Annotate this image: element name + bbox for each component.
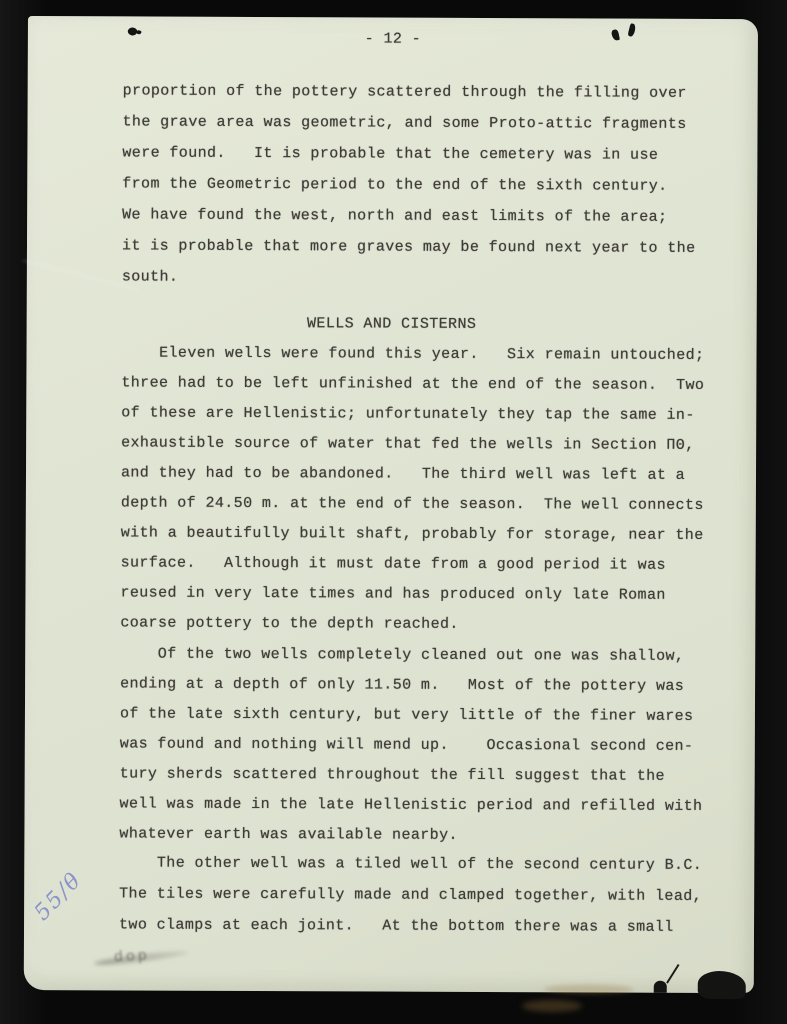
page-number: - 12 - [28,30,758,49]
handwritten-archive-number: 55/θ [30,868,87,926]
section-heading-wells-and-cisterns: WELLS AND CISTERNS [27,307,757,341]
paragraph-eleven-wells: Eleven wells were found this year. Six r… [120,338,704,641]
tear-mark-bottom-right-corner [698,971,746,999]
paragraph-grave-area: proportion of the pottery scattered thro… [122,75,696,295]
stain-bottom-edge [544,984,634,994]
tear-mark-bottom-edge [654,981,667,993]
paragraph-tiled-well: The other well was a tiled well of the s… [119,847,702,943]
smudged-struck-text: dop [114,948,151,967]
scan-background: - 12 - proportion of the pottery scatter… [0,0,787,1024]
paper-page: - 12 - proportion of the pottery scatter… [24,16,758,993]
stain-below-paper [522,1000,582,1012]
scratch-mark-bottom [666,964,679,984]
paragraph-two-wells-cleaned: Of the two wells completely cleaned out … [119,639,703,852]
